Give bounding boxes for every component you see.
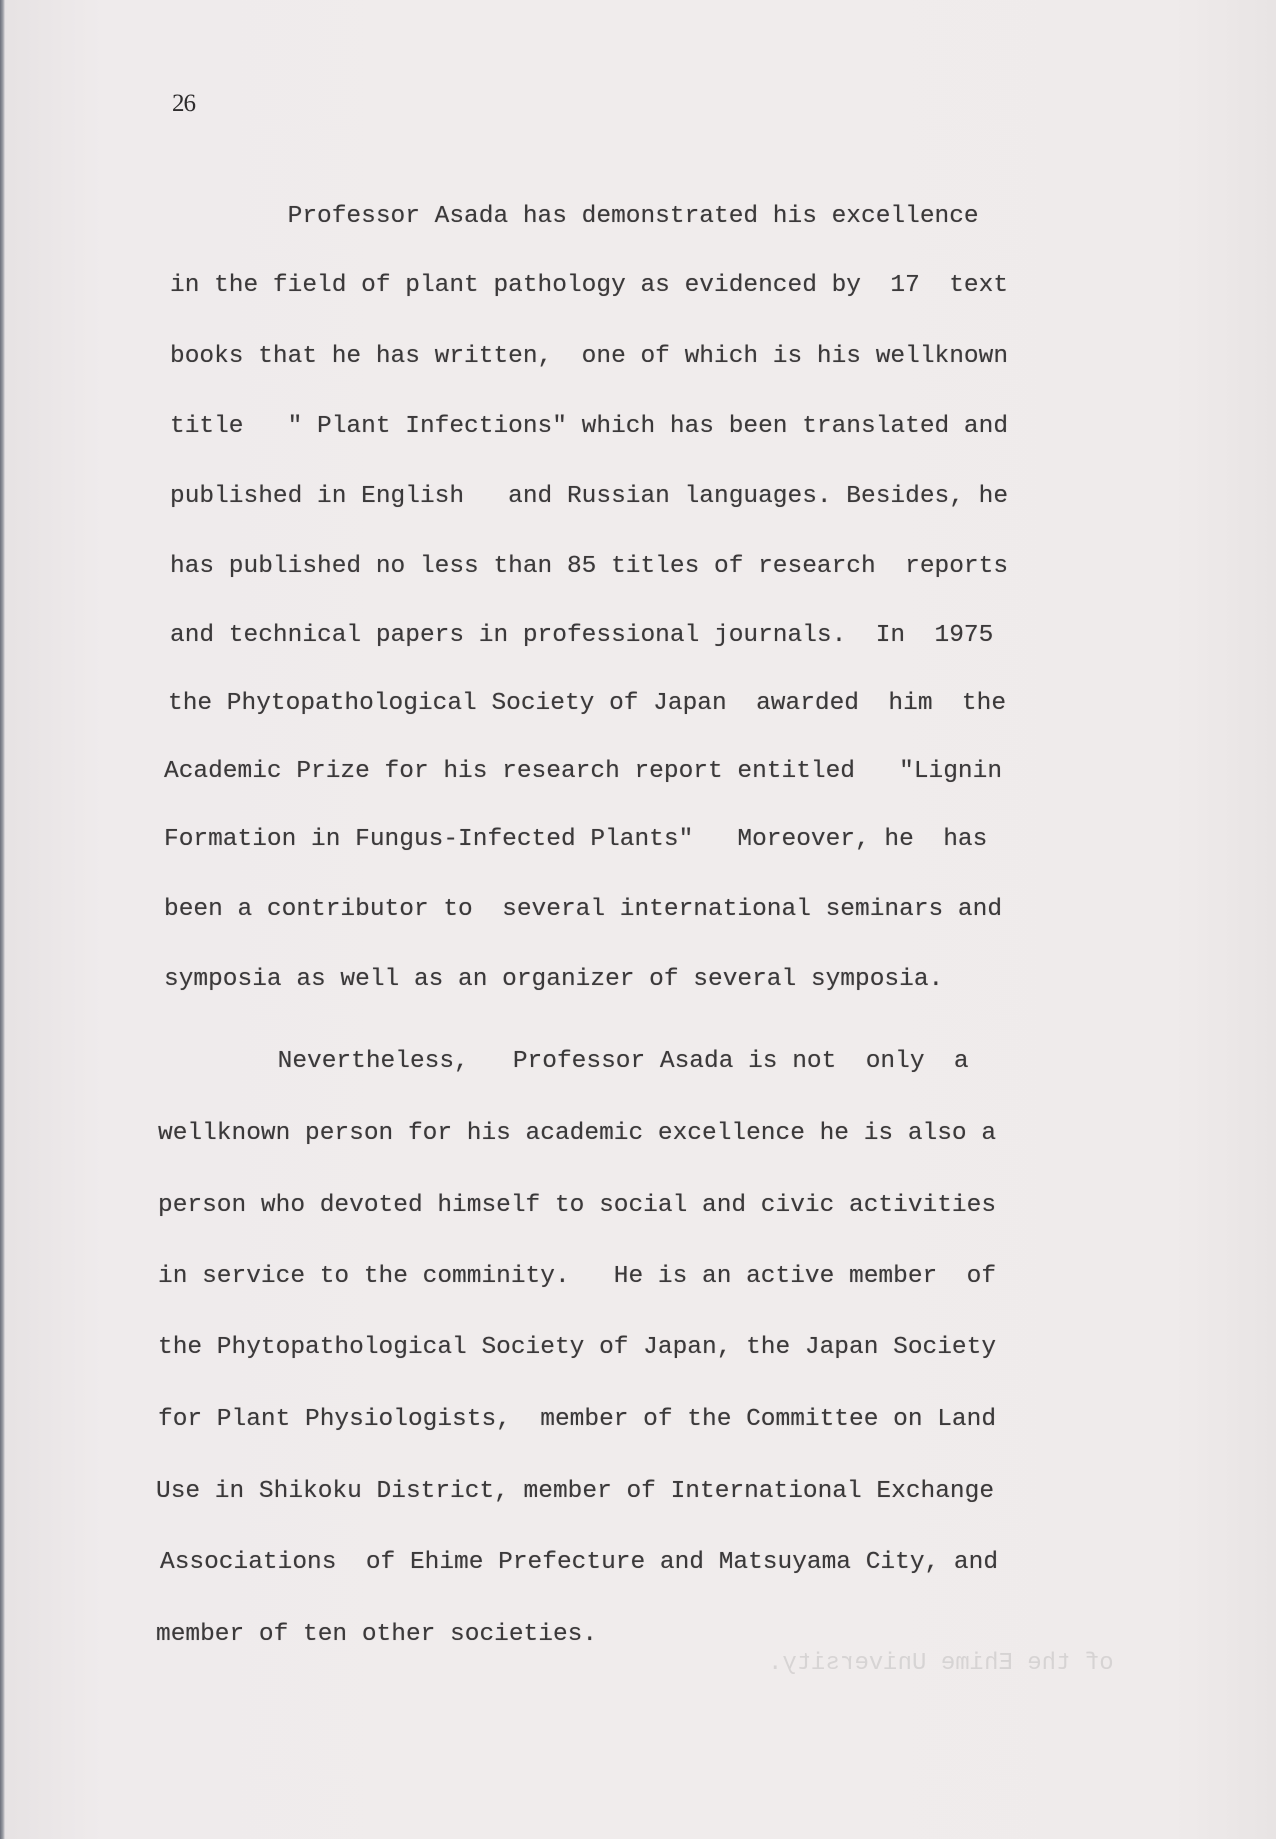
body-text-line: member of ten other societies. [156,1621,597,1648]
body-text-line: and technical papers in professional jou… [170,622,993,649]
page-binding-edge [0,0,5,1839]
body-text-line: Use in Shikoku District, member of Inter… [156,1478,994,1505]
body-text-line: published in English and Russian languag… [170,483,1008,510]
body-text-line: for Plant Physiologists, member of the C… [158,1406,996,1433]
body-text-line: the Phytopathological Society of Japan a… [168,690,1006,717]
body-text-line: Professor Asada has demonstrated his exc… [170,203,979,230]
body-text-line: has published no less than 85 titles of … [170,553,1008,580]
body-text-line: wellknown person for his academic excell… [158,1120,996,1147]
body-text-line: Nevertheless, Professor Asada is not onl… [160,1048,969,1075]
body-text-line: been a contributor to several internatio… [164,896,1002,923]
scanned-page: 26 Professor Asada has demonstrated his … [0,0,1276,1839]
body-text-line: the Phytopathological Society of Japan, … [158,1334,996,1361]
body-text-line: books that he has written, one of which … [170,343,1008,370]
body-text-line: Formation in Fungus-Infected Plants" Mor… [164,826,987,853]
body-text-line: Associations of Ehime Prefecture and Mat… [160,1549,998,1576]
body-text-line: Academic Prize for his research report e… [164,758,1002,785]
body-text-line: in service to the comminity. He is an ac… [158,1263,996,1290]
page-number: 26 [172,90,195,118]
body-text-line: in the field of plant pathology as evide… [170,272,1008,299]
body-text-line: symposia as well as an organizer of seve… [164,966,943,993]
body-text-line: person who devoted himself to social and… [158,1192,996,1219]
show-through-text: of the Ehime University. [768,1650,1114,1677]
body-text-line: title " Plant Infections" which has been… [170,413,1008,440]
